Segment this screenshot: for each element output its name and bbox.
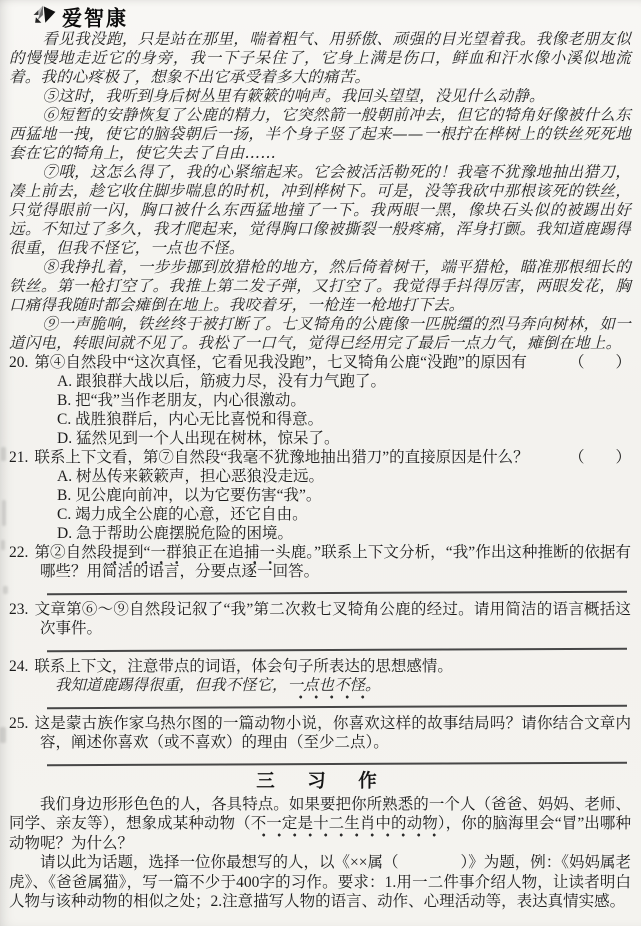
- question-20-stem: 20.第④自然段中“这次真怪，它看见我没跑”，七叉犄角公鹿“没跑”的原因有 （ …: [9, 353, 631, 372]
- question-24-text: 联系上下文，注意带点的词语，体会句子所表达的思想感情。: [34, 658, 453, 675]
- question-25-number: 25.: [9, 715, 34, 732]
- question-20-option-a: A. 跟狼群大战以后，筋疲力尽，没有力气跑了。: [57, 372, 631, 391]
- quote-period: 。: [365, 676, 381, 694]
- question-20-answer-bracket: （ ）: [563, 353, 631, 372]
- passage-paragraph-8: ⑧我挣扎着，一步步挪到放猎枪的地方，然后倚着树干，端平猎枪，瞄准那根细长的铁丝。…: [9, 258, 631, 315]
- passage-paragraph-5: ⑤这时，我听到身后树丛里有簌簌的响声。我回头望望，没见什么动静。: [9, 87, 631, 106]
- question-24-stem: 24.联系上下文，注意带点的词语，体会句子所表达的思想感情。: [9, 657, 631, 676]
- composition-paragraph-2: 请以此为话题，选择一位你最想写的人，以《××属（ ）》为题，例：《妈妈属老虎》、…: [9, 853, 631, 911]
- question-23: 23.文章第⑥～⑨自然段记叙了“我”第二次救七叉犄角公鹿的经过。请用简洁的语言概…: [9, 600, 631, 638]
- question-22-text-end: 回答。: [273, 563, 320, 580]
- question-21-option-b: B. 见公鹿向前冲，以为它要伤害“我”。: [57, 486, 631, 505]
- question-24-number: 24.: [9, 658, 34, 675]
- answer-line-23: [47, 648, 627, 653]
- scan-artifact: [2, 500, 6, 526]
- question-25-text: 这是蒙古族作家乌热尔图的一篇动物小说，你喜欢这样的故事结局吗？请你结合文章内容，…: [34, 715, 631, 751]
- question-22-emphasized-words-2: 逐一: [242, 560, 273, 580]
- question-24: 24.联系上下文，注意带点的词语，体会句子所表达的思想感情。 我知道鹿踢得很重，…: [9, 657, 631, 695]
- passage-paragraph-7: ⑦哦，这怎么得了，我的心紧缩起来。它会被活活勒死的！我毫不犹豫地抽出猎刀，凑上前…: [9, 163, 631, 258]
- composition-heading: 三 习 作: [9, 771, 631, 793]
- scan-artifact: [1, 447, 6, 461]
- question-21-option-a: A. 树丛传来簌簌声，担心恶狼没走远。: [57, 467, 631, 486]
- passage-paragraph-cont: 看见我没跑，只是站在那里，喘着粗气、用骄傲、顽强的目光望着我。我像老朋友似的慢慢…: [9, 30, 631, 87]
- question-20-number: 20.: [9, 354, 34, 371]
- question-21-option-c: C. 竭力成全公鹿的心意，还它自由。: [57, 505, 631, 524]
- answer-line-22: [47, 591, 627, 596]
- composition-section: 三 习 作 我们身边形形色色的人，各具特点。如果要把你所熟悉的一个人（爸爸、妈妈…: [9, 771, 631, 911]
- question-21-stem: 21.联系上下文看，第⑦自然段“我毫不犹豫地抽出猎刀”的直接原因是什么？ （ ）: [9, 448, 631, 467]
- question-23-text: 文章第⑥～⑨自然段记叙了“我”第二次救七叉犄角公鹿的经过。请用简洁的语言概括这次…: [34, 601, 631, 637]
- question-22-emphasized-words: 简洁的语言: [102, 560, 180, 580]
- question-21-text: 联系上下文看，第⑦自然段“我毫不犹豫地抽出猎刀”的直接原因是什么？: [34, 449, 528, 466]
- composition-paragraph-1: 我们身边形形色色的人，各具特点。如果要把你所熟悉的一个人（爸爸、妈妈、老师、同学…: [9, 795, 631, 853]
- question-20-option-b: B. 把“我”当作老朋友，内心很激动。: [57, 391, 631, 410]
- quote-plain: 我知道鹿踢得很重，但我不怪它，: [55, 676, 288, 694]
- scan-artifact: [0, 727, 6, 743]
- passage-paragraph-9: ⑨一声脆响，铁丝终于被打断了。七叉犄角的公鹿像一匹脱缰的烈马奔向树林，如一道闪电…: [9, 315, 631, 353]
- brand-name: 爱智康: [62, 1, 128, 31]
- scan-artifact: [1, 540, 5, 550]
- question-20-option-c: C. 战胜狼群后，内心无比喜悦和得意。: [57, 410, 631, 429]
- reading-passage: 看见我没跑，只是站在那里，喘着粗气、用骄傲、顽强的目光望着我。我像老朋友似的慢慢…: [9, 30, 631, 353]
- question-25: 25.这是蒙古族作家乌热尔图的一篇动物小说，你喜欢这样的故事结局吗？请你结合文章…: [9, 714, 631, 752]
- answer-line-25: [47, 762, 627, 767]
- question-21-number: 21.: [9, 449, 34, 466]
- quote-dotted-words: 一点也不怪: [288, 676, 366, 700]
- composition-p1-dotted-words: 不一定是十二生肖中的动物: [251, 815, 438, 838]
- question-23-number: 23.: [9, 601, 34, 618]
- question-20-text: 第④自然段中“这次真怪，它看见我没跑”，七叉犄角公鹿“没跑”的原因有: [34, 354, 527, 371]
- passage-paragraph-6: ⑥短暂的安静恢复了公鹿的精力，它突然箭一般朝前冲去，但它的犄角好像被什么东西猛地…: [9, 106, 631, 163]
- question-20: 20.第④自然段中“这次真怪，它看见我没跑”，七叉犄角公鹿“没跑”的原因有 （ …: [9, 353, 631, 448]
- question-22: 22.第②自然段提到“一群狼正在追捕一头鹿。”联系上下文分析，“我”作出这种推断…: [9, 543, 631, 581]
- answer-line-24: [47, 705, 627, 710]
- question-21-answer-bracket: （ ）: [563, 448, 631, 467]
- brand-logo-icon: [32, 4, 57, 29]
- scan-artifact: [3, 586, 8, 594]
- question-21-option-d: D. 急于帮助公鹿摆脱危险的困境。: [57, 524, 631, 543]
- brand-logo: 爱智康: [32, 3, 631, 30]
- question-22-text-mid: ，分要点: [180, 563, 242, 580]
- scanned-exam-page: 爱智康 看见我没跑，只是站在那里，喘着粗气、用骄傲、顽强的目光望着我。我像老朋友…: [0, 0, 641, 926]
- question-20-option-d: D. 猛然见到一个人出现在树林，惊呆了。: [57, 429, 631, 448]
- question-24-quoted-sentence: 我知道鹿踢得很重，但我不怪它，一点也不怪。: [55, 676, 631, 695]
- question-21: 21.联系上下文看，第⑦自然段“我毫不犹豫地抽出猎刀”的直接原因是什么？ （ ）…: [9, 448, 631, 543]
- question-22-number: 22.: [9, 544, 34, 561]
